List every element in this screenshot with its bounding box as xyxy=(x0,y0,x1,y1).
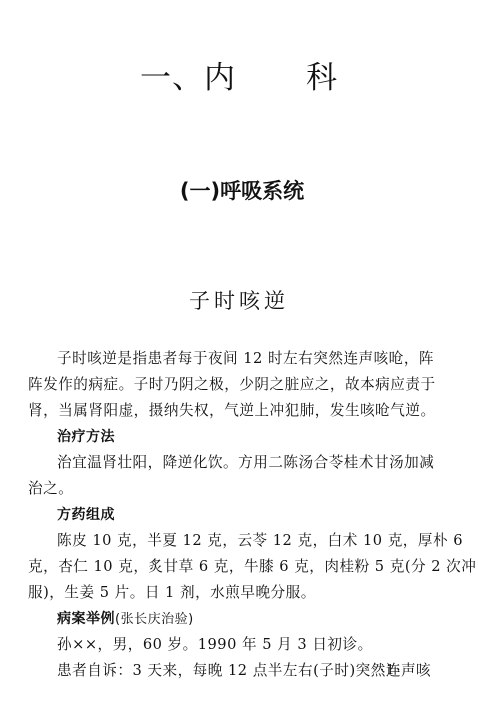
prescription-line: 服)，生姜 5 片。日 1 剂，水煎早晚分服。 xyxy=(28,580,453,606)
prescription-line: 克，杏仁 10 克，炙甘草 6 克，牛膝 6 克，肉桂粉 5 克(分 2 次冲 xyxy=(28,554,453,580)
prescription-heading: 方药组成 xyxy=(28,502,453,528)
chapter-title: 一、内科 xyxy=(0,52,478,97)
treatment-line: 治之。 xyxy=(28,476,453,502)
case-source: (张长庆治验) xyxy=(115,612,194,627)
intro-line: 肾，当属肾阳虚，摄纳失权，气逆上冲犯肺，发生咳呛气逆。 xyxy=(28,398,453,424)
case-heading: 病案举例 xyxy=(57,611,115,627)
topic-title: 子时咳逆 xyxy=(0,285,478,315)
page-number: ·1· xyxy=(380,663,403,678)
book-page: 一、内科 (一)呼吸系统 子时咳逆 子时咳逆是指患者每于夜间 12 时左右突然连… xyxy=(0,0,478,707)
treatment-line: 治宜温肾壮阳，降逆化饮。方用二陈汤合苓桂术甘汤加减 xyxy=(28,450,453,476)
chapter-number: 一、内 xyxy=(140,60,236,96)
case-line: 孙××，男，60 岁。1990 年 5 月 3 日初诊。 xyxy=(28,632,453,658)
case-heading-line: 病案举例(张长庆治验) xyxy=(28,606,453,632)
treatment-heading: 治疗方法 xyxy=(28,424,453,450)
body-text: 子时咳逆是指患者每于夜间 12 时左右突然连声咳呛，阵 阵发作的病症。子时乃阴之… xyxy=(28,346,453,684)
intro-line: 阵发作的病症。子时乃阴之极，少阴之脏应之，故本病应责于 xyxy=(28,372,453,398)
prescription-line: 陈皮 10 克，半夏 12 克，云苓 12 克，白术 10 克，厚朴 6 xyxy=(28,528,453,554)
section-title: (一)呼吸系统 xyxy=(0,175,478,205)
intro-line: 子时咳逆是指患者每于夜间 12 时左右突然连声咳呛，阵 xyxy=(28,346,453,372)
chapter-title-end: 科 xyxy=(306,60,338,96)
